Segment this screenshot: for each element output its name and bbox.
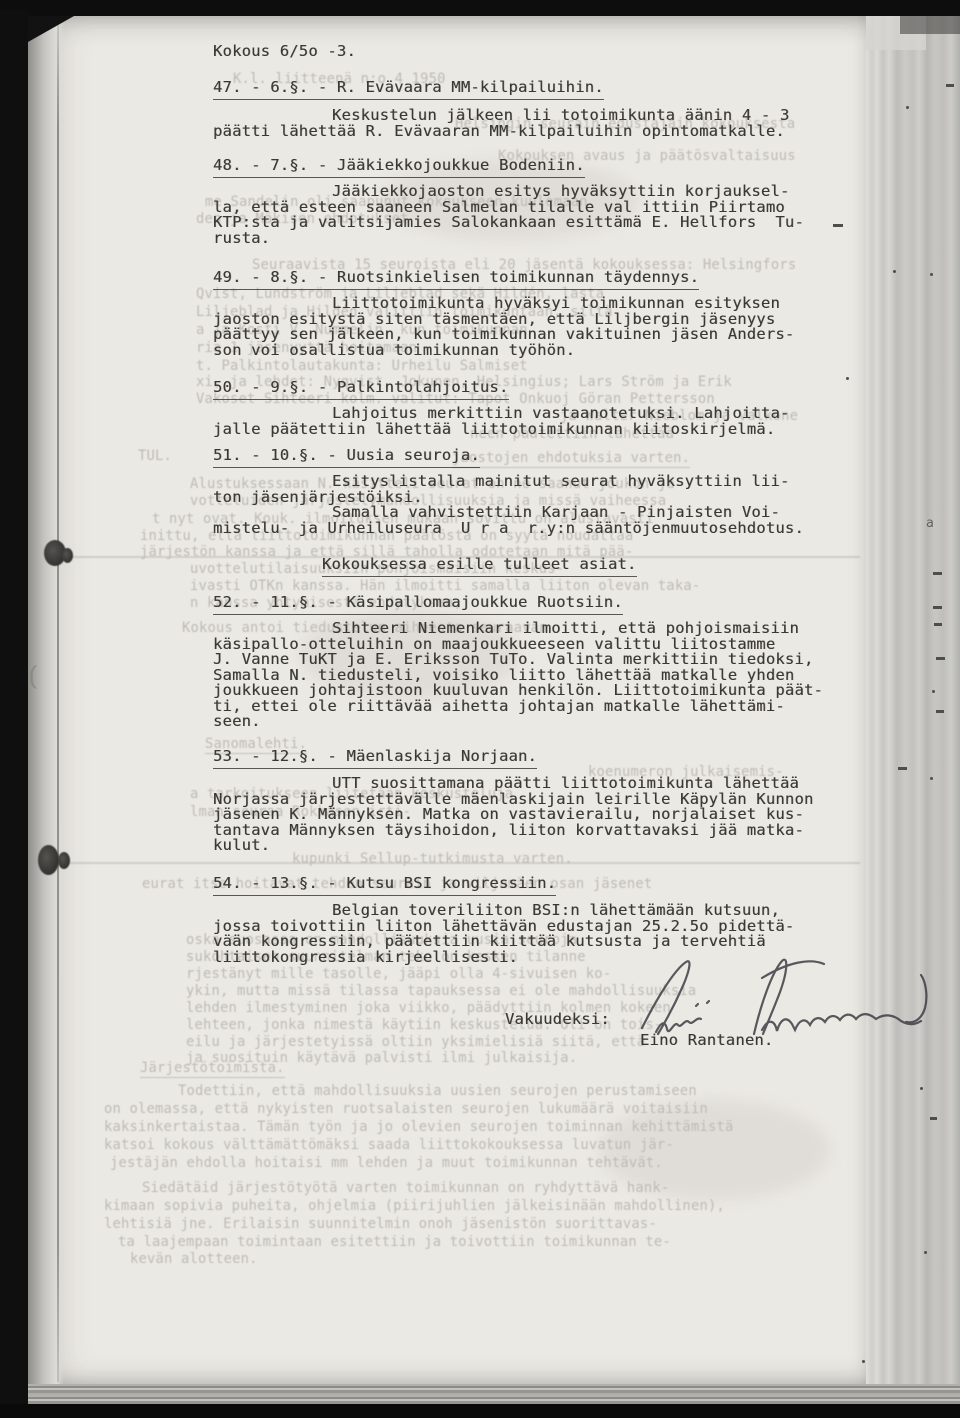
page-stack-edges-bottom [28,1384,960,1404]
edge-mark [932,690,935,693]
ghost-text-line: lehtisiä jne. Erilaisin suunnitelmin ono… [104,1217,657,1232]
ghost-text-line: kupunki Sellup-tutkimusta varten. [292,852,573,867]
edge-mark [946,84,954,87]
edge-mark [893,270,896,273]
section-heading-49: 49. - 8.§. - Ruotsinkielisen toimikunnan… [213,270,699,286]
ghost-text-line: rjestänyt mille tasolle, jääpi olla 4-si… [186,967,611,982]
typed-line: seen. [213,714,261,730]
edge-mark [933,606,942,609]
edge-mark [930,1117,937,1120]
edge-mark [930,777,933,780]
page-fold-line [57,18,59,1382]
section-heading-50: 50. - 9.§. - Palkintolahjoitus. [213,380,509,396]
ink-blot [62,548,73,563]
ghost-text-line: Järjestötoimista. [140,1061,285,1078]
edge-mark [936,710,944,713]
edge-mark [862,1360,865,1363]
ghost-text-line: kaksinkertaistaa. Tämän työn ja jo olevi… [104,1120,733,1135]
page-stack-top-shadow [900,16,960,34]
typed-line: kulut. [213,838,270,854]
edge-mark [846,377,849,380]
signature-handwriting [612,948,947,1058]
section-heading-54: 54. - 13.§. - Kutsu BSI kongressiin. [213,876,556,892]
scanner-background-left [0,10,28,1410]
ghost-text-line: kimaan sopivia puheita, ohjelmia (piirij… [104,1199,725,1214]
ghost-text-line: Siedätäid järjestötyötä varten toimikunn… [142,1181,669,1196]
edge-mark [933,572,942,575]
typed-line: KTP:sta ja valitsijamies Salokankaan esi… [213,215,804,231]
section-heading-48: 48. - 7.§. - Jääkiekkojoukkue Bodeniin. [213,158,585,174]
scanned-document: K.l. liitteenä n:o 4 1950 Helsingin seur… [0,0,960,1418]
edge-mark [936,657,945,660]
typed-line: jalle päätettiin lähettää liittotoimikun… [213,422,775,438]
typed-line: ti, ettei ole riittävää aihetta johtajan… [213,699,785,715]
ghost-text-line: jaostojen ehdotuksia varten. [452,451,690,468]
section-heading-52: 52. - 11.§. - Käsipallomaajoukkue Ruotsi… [213,595,623,611]
page-stack-edges-right [866,16,960,1404]
attestation-label: Vakuudeksi: [505,1012,610,1028]
edge-mark [924,1251,927,1254]
ghost-text-line: ta laajempaan toimintaan esitettiin ja t… [118,1235,671,1250]
typed-line: päätti lähettää R. Evävaaran MM-kilpailu… [213,124,785,140]
ghost-text-line: Todettiin, että mahdollisuuksia uusien s… [178,1084,697,1099]
ghost-text-line: katsoi kokous välttämättömäksi saada lii… [104,1138,674,1153]
edge-mark [934,623,942,626]
ghost-text-line: ivasti OTKn kanssa. Hän ilmoitti samalla… [190,579,700,594]
ghost-text-line: eilu ja järjestetyissä oltiin yksimielis… [186,1035,645,1050]
ink-blot [58,852,70,869]
edge-mark [930,273,933,276]
pencil-paren-mark: ( [28,662,38,692]
typed-line: son voi osallistua toimikunnan työhön. [213,343,575,359]
ghost-text-line: jestäjän ehdolla hoitaisi mm lehden ja m… [110,1156,663,1171]
edge-mark [920,1087,923,1090]
scanner-background-bottom [0,1404,960,1418]
ghost-text-line: on olemassa, että nykyisten ruotsalaiste… [104,1102,708,1117]
section-heading-53: 53. - 12.§. - Mäenlaskija Norjaan. [213,749,537,765]
ghost-text-line: t. Palkintolautakunta: Urheilu Salmiset [196,359,528,374]
section-heading-51: 51. - 10.§. - Uusia seuroja. [213,448,480,464]
center-heading: Kokouksessa esille tulleet asiat. [322,557,637,573]
scanner-background-top [0,0,960,16]
stray-letter-mark: a [926,516,934,531]
edge-mark [833,224,843,227]
typed-line: rusta. [213,231,270,247]
ink-blot [38,845,59,875]
typed-line: mistelu- ja Urheiluseura U r a r.y:n sää… [213,521,804,537]
section-heading-47: 47. - 6.§. - R. Evävaara MM-kilpailuihin… [213,80,604,96]
page-corner-shadow [28,16,74,42]
ghost-text-line: TUL. [138,449,172,464]
meeting-reference: Kokous 6/5o -3. [213,44,356,60]
typed-line: tantava Männyksen täysihoidon, liiton ko… [213,823,804,839]
typed-line: liittokongressia kirjeellisesti. [213,950,518,966]
ghost-text-line: kevän alotteen. [130,1252,258,1267]
edge-mark [898,767,907,770]
edge-mark [906,106,909,109]
